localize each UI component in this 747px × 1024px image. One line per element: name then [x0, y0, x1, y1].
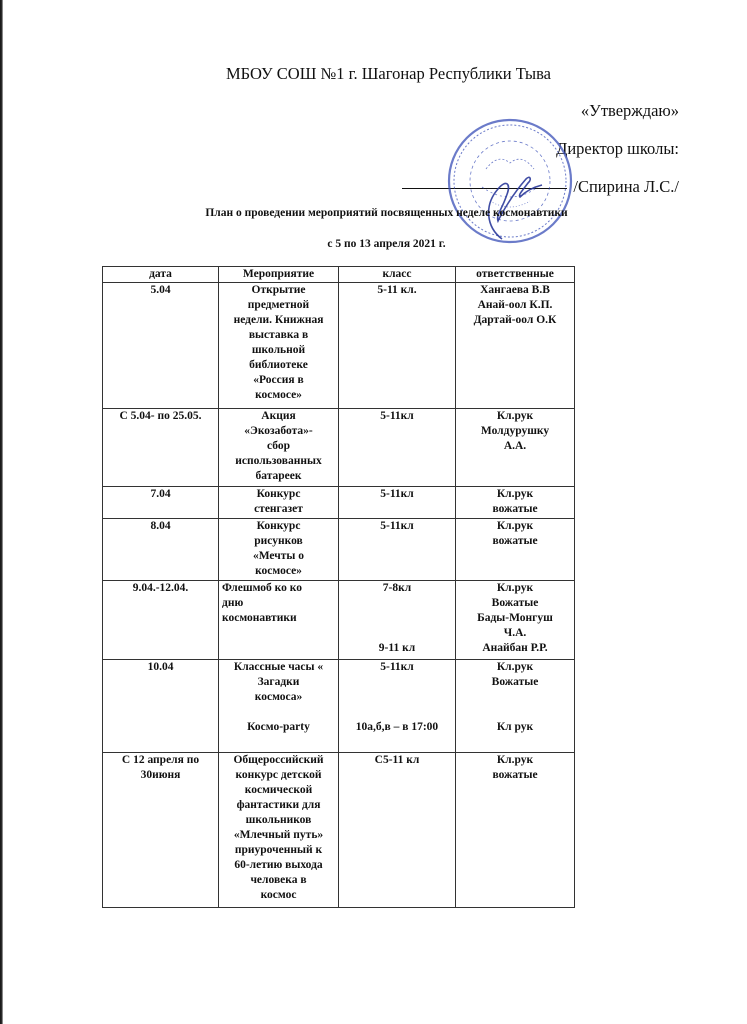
- cell-responsible: Кл.рукМолдурушкуА.А.: [456, 409, 575, 487]
- cell-date: 7.04: [103, 487, 219, 519]
- cell-text-line: Анайбан Р.Р.: [459, 641, 571, 656]
- cell-text-line: недели. Книжная: [222, 313, 335, 328]
- cell-text-line: Конкурс: [222, 519, 335, 534]
- cell-class: С5-11 кл: [339, 753, 456, 908]
- cell-text-line: приуроченный к: [222, 843, 335, 858]
- table-row: 10.04Классные часы «Загадкикосмоса»Космо…: [103, 660, 575, 753]
- cell-text-line: [342, 596, 452, 611]
- cell-text-line: Молдурушку: [459, 424, 571, 439]
- cell-text-line: 9.04.-12.04.: [106, 581, 215, 596]
- cell-text-line: Дартай-оол О.К: [459, 313, 571, 328]
- school-name: МБОУ СОШ №1 г. Шагонар Республики Тыва: [0, 64, 747, 84]
- cell-text-line: сбор: [222, 439, 335, 454]
- cell-text-line: Конкурс: [222, 487, 335, 502]
- scan-edge-artifact: [0, 0, 3, 1024]
- cell-text-line: 60-летию выхода: [222, 858, 335, 873]
- cell-text-line: [459, 705, 571, 720]
- cell-text-line: 30июня: [106, 768, 215, 783]
- cell-event: Общероссийскийконкурс детскойкосмической…: [219, 753, 339, 908]
- cell-text-line: космосе»: [222, 564, 335, 579]
- cell-text-line: космоса»: [222, 690, 335, 705]
- cell-text-line: дню: [222, 596, 335, 611]
- cell-text-line: Кл.рук: [459, 660, 571, 675]
- cell-text-line: С5-11 кл: [342, 753, 452, 768]
- cell-class: 5-11кл: [339, 409, 456, 487]
- cell-class: 7-8кл9-11 кл: [339, 581, 456, 660]
- cell-text-line: 9-11 кл: [342, 641, 452, 656]
- cell-text-line: Классные часы «: [222, 660, 335, 675]
- table-row: С 12 апреля по30июняОбщероссийскийконкур…: [103, 753, 575, 908]
- cell-text-line: Флешмоб ко ко: [222, 581, 335, 596]
- cell-text-line: Кл.рук: [459, 581, 571, 596]
- cell-text-line: «Млечный путь»: [222, 828, 335, 843]
- table-row: С 5.04- по 25.05.Акция«Экозабота»-сборис…: [103, 409, 575, 487]
- cell-event: Открытиепредметнойнедели. Книжнаявыставк…: [219, 283, 339, 409]
- plan-title: План о проведении мероприятий посвященны…: [0, 207, 747, 219]
- cell-text-line: 10а,б,в – в 17:00: [342, 720, 452, 735]
- cell-text-line: 5-11кл: [342, 660, 452, 675]
- cell-class: 5-11кл: [339, 487, 456, 519]
- cell-date: 5.04: [103, 283, 219, 409]
- cell-text-line: [342, 690, 452, 705]
- cell-text-line: «Россия в: [222, 373, 335, 388]
- cell-text-line: рисунков: [222, 534, 335, 549]
- cell-text-line: Общероссийский: [222, 753, 335, 768]
- column-header-class: класс: [339, 267, 456, 283]
- cell-text-line: С 5.04- по 25.05.: [106, 409, 215, 424]
- cell-date: 8.04: [103, 519, 219, 581]
- cell-responsible: Кл.рукВожатыеБады-МонгушЧ.А.Анайбан Р.Р.: [456, 581, 575, 660]
- cell-text-line: [342, 705, 452, 720]
- cell-event: Акция«Экозабота»-сбориспользованныхбатар…: [219, 409, 339, 487]
- plan-period: с 5 по 13 апреля 2021 г.: [0, 238, 747, 250]
- cell-text-line: Космо-party: [222, 720, 335, 735]
- cell-event: Классные часы «Загадкикосмоса»Космо-part…: [219, 660, 339, 753]
- cell-text-line: 7-8кл: [342, 581, 452, 596]
- events-table: дата Мероприятие класс ответственные 5.0…: [102, 266, 575, 908]
- cell-text-line: космосе»: [222, 388, 335, 403]
- cell-text-line: космической: [222, 783, 335, 798]
- column-header-responsible: ответственные: [456, 267, 575, 283]
- cell-text-line: 5.04: [106, 283, 215, 298]
- cell-text-line: Вожатые: [459, 675, 571, 690]
- director-position: Директор школы:: [402, 141, 679, 179]
- cell-class: 5-11 кл.: [339, 283, 456, 409]
- cell-text-line: 7.04: [106, 487, 215, 502]
- cell-text-line: Кл.рук: [459, 753, 571, 768]
- cell-date: 10.04: [103, 660, 219, 753]
- cell-responsible: Кл.руквожатые: [456, 753, 575, 908]
- director-name: /Спирина Л.С./: [573, 177, 679, 196]
- cell-text-line: «Мечты о: [222, 549, 335, 564]
- column-header-date: дата: [103, 267, 219, 283]
- cell-text-line: космос: [222, 888, 335, 903]
- cell-responsible: Кл.руквожатые: [456, 519, 575, 581]
- cell-class: 5-11кл: [339, 519, 456, 581]
- cell-text-line: 5-11кл: [342, 519, 452, 534]
- cell-text-line: вожатые: [459, 534, 571, 549]
- table-row: 5.04Открытиепредметнойнедели. Книжнаявыс…: [103, 283, 575, 409]
- column-header-event: Мероприятие: [219, 267, 339, 283]
- signature-line: [402, 188, 567, 189]
- cell-text-line: выставка в: [222, 328, 335, 343]
- cell-text-line: Загадки: [222, 675, 335, 690]
- cell-text-line: С 12 апреля по: [106, 753, 215, 768]
- cell-event: Конкурсстенгазет: [219, 487, 339, 519]
- cell-text-line: школьников: [222, 813, 335, 828]
- cell-text-line: Акция: [222, 409, 335, 424]
- cell-text-line: «Экозабота»-: [222, 424, 335, 439]
- cell-text-line: вожатые: [459, 502, 571, 517]
- cell-text-line: батареек: [222, 469, 335, 484]
- table-header-row: дата Мероприятие класс ответственные: [103, 267, 575, 283]
- cell-text-line: [222, 705, 335, 720]
- cell-text-line: Анай-оол К.П.: [459, 298, 571, 313]
- cell-date: С 12 апреля по30июня: [103, 753, 219, 908]
- cell-text-line: библиотеке: [222, 358, 335, 373]
- cell-date: 9.04.-12.04.: [103, 581, 219, 660]
- table-row: 8.04Конкурсрисунков«Мечты окосмосе»5-11к…: [103, 519, 575, 581]
- approval-block: «Утверждаю» Директор школы: /Спирина Л.С…: [402, 103, 679, 217]
- cell-text-line: использованных: [222, 454, 335, 469]
- approve-label: «Утверждаю»: [402, 103, 679, 141]
- cell-text-line: фантастики для: [222, 798, 335, 813]
- cell-text-line: стенгазет: [222, 502, 335, 517]
- cell-text-line: Вожатые: [459, 596, 571, 611]
- cell-text-line: [342, 611, 452, 626]
- cell-text-line: [342, 675, 452, 690]
- cell-event: Конкурсрисунков«Мечты окосмосе»: [219, 519, 339, 581]
- cell-text-line: вожатые: [459, 768, 571, 783]
- table-row: 7.04Конкурсстенгазет5-11клКл.руквожатые: [103, 487, 575, 519]
- cell-text-line: человека в: [222, 873, 335, 888]
- cell-text-line: Хангаева В.В: [459, 283, 571, 298]
- cell-text-line: [342, 626, 452, 641]
- table-row: 9.04.-12.04.Флешмоб ко коднюкосмонавтики…: [103, 581, 575, 660]
- cell-text-line: [459, 690, 571, 705]
- cell-text-line: Открытие: [222, 283, 335, 298]
- cell-text-line: школьной: [222, 343, 335, 358]
- cell-text-line: 5-11 кл.: [342, 283, 452, 298]
- cell-text-line: Ч.А.: [459, 626, 571, 641]
- cell-text-line: космонавтики: [222, 611, 335, 626]
- cell-text-line: 10.04: [106, 660, 215, 675]
- cell-text-line: Кл.рук: [459, 409, 571, 424]
- cell-text-line: Бады-Монгуш: [459, 611, 571, 626]
- cell-text-line: Кл.рук: [459, 519, 571, 534]
- cell-date: С 5.04- по 25.05.: [103, 409, 219, 487]
- cell-responsible: Хангаева В.ВАнай-оол К.П.Дартай-оол О.К: [456, 283, 575, 409]
- cell-responsible: Кл.руквожатые: [456, 487, 575, 519]
- cell-event: Флешмоб ко коднюкосмонавтики: [219, 581, 339, 660]
- cell-text-line: 8.04: [106, 519, 215, 534]
- cell-text-line: конкурс детской: [222, 768, 335, 783]
- cell-text-line: Кл.рук: [459, 487, 571, 502]
- cell-class: 5-11кл10а,б,в – в 17:00: [339, 660, 456, 753]
- cell-text-line: А.А.: [459, 439, 571, 454]
- cell-text-line: 5-11кл: [342, 487, 452, 502]
- cell-responsible: Кл.рукВожатыеКл рук: [456, 660, 575, 753]
- cell-text-line: 5-11кл: [342, 409, 452, 424]
- cell-text-line: предметной: [222, 298, 335, 313]
- cell-text-line: Кл рук: [459, 720, 571, 735]
